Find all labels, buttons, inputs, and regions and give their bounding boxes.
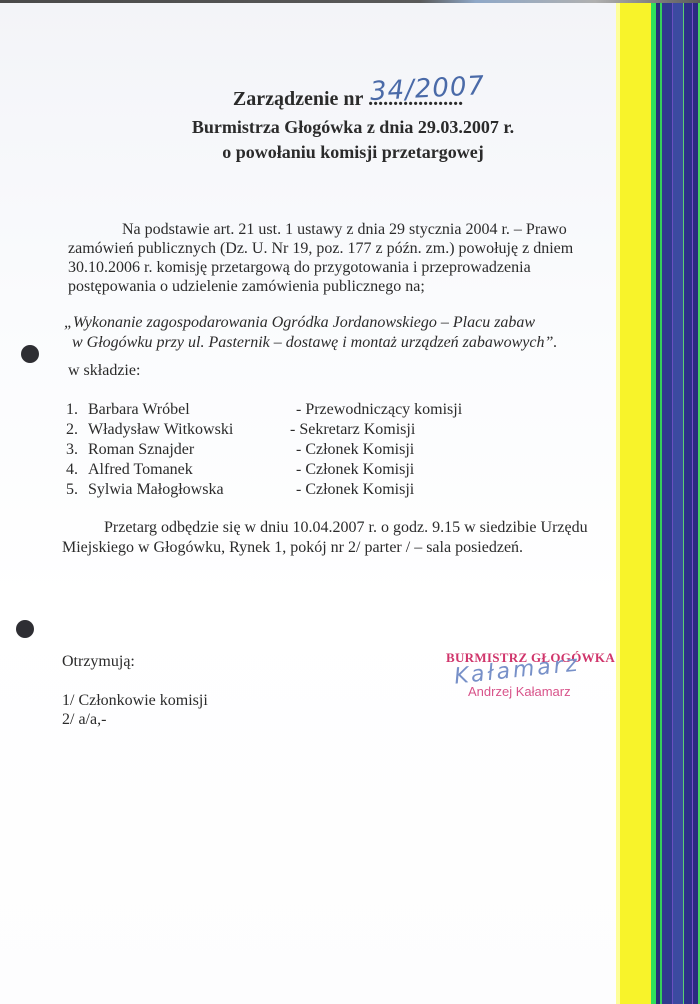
handwritten-number: 34/2007 [369,71,485,107]
mayor-stamp: BURMISTRZ GŁOGÓWKA Kałamarz Andrzej Kała… [446,650,616,666]
punch-hole-bottom [16,620,34,638]
document-subtitle-2: o powołaniu komisji przetargowej [45,142,661,163]
legal-basis-paragraph: Na podstawie art. 21 ust. 1 ustawy z dni… [68,220,608,296]
committee-members-list: 1. Barbara Wróbel - Przewodniczący komis… [66,401,486,501]
member-role: - Członek Komisji [296,441,414,459]
member-name: Władysław Witkowski [88,421,233,439]
member-role: - Przewodniczący komisji [296,401,462,419]
contract-subject-quote: „Wykonanie zagospodarowania Ogródka Jord… [64,313,604,353]
member-number: 1. [66,401,86,419]
legal-basis-text: Na podstawie art. 21 ust. 1 ustawy z dni… [68,221,573,295]
composition-label: w składzie: [68,362,140,380]
title-prefix: Zarządzenie nr [233,88,363,110]
quote-line-2: w Głogówku przy ul. Pasternik – dostawę … [64,333,604,353]
tender-date-text: Przetarg odbędzie się w dniu 10.04.2007 … [62,519,588,556]
punch-hole-top [21,345,39,363]
document-subtitle-1: Burmistrza Głogówka z dnia 29.03.2007 r. [45,117,661,138]
recipient-item: 2/ a/a,- [62,710,208,729]
member-number: 3. [66,441,86,459]
member-role: - Sekretarz Komisji [290,421,415,439]
quote-line-1: „Wykonanie zagospodarowania Ogródka Jord… [64,313,604,333]
recipients-label: Otrzymują: [62,653,135,671]
scan-top-edge [0,0,700,3]
member-number: 4. [66,461,86,479]
member-row: 1. Barbara Wróbel - Przewodniczący komis… [66,401,486,421]
recipient-item: 1/ Członkowie komisji [62,691,208,710]
member-row: 4. Alfred Tomanek - Członek Komisji [66,461,486,481]
recipients-list: 1/ Członkowie komisji 2/ a/a,- [62,691,208,729]
member-name: Alfred Tomanek [88,461,193,479]
member-name: Sylwia Małogłowska [88,481,224,499]
member-role: - Członek Komisji [296,481,414,499]
stamp-person-name: Andrzej Kałamarz [468,684,571,699]
member-row: 3. Roman Sznajder - Członek Komisji [66,441,486,461]
member-number: 5. [66,481,86,499]
member-role: - Członek Komisji [296,461,414,479]
member-row: 5. Sylwia Małogłowska - Członek Komisji [66,481,486,501]
member-name: Barbara Wróbel [88,401,190,419]
member-row: 2. Władysław Witkowski - Sekretarz Komis… [66,421,486,441]
member-name: Roman Sznajder [88,441,194,459]
member-number: 2. [66,421,86,439]
tender-date-paragraph: Przetarg odbędzie się w dniu 10.04.2007 … [62,518,622,558]
document-title: Zarządzenie nr ................... [40,88,656,111]
